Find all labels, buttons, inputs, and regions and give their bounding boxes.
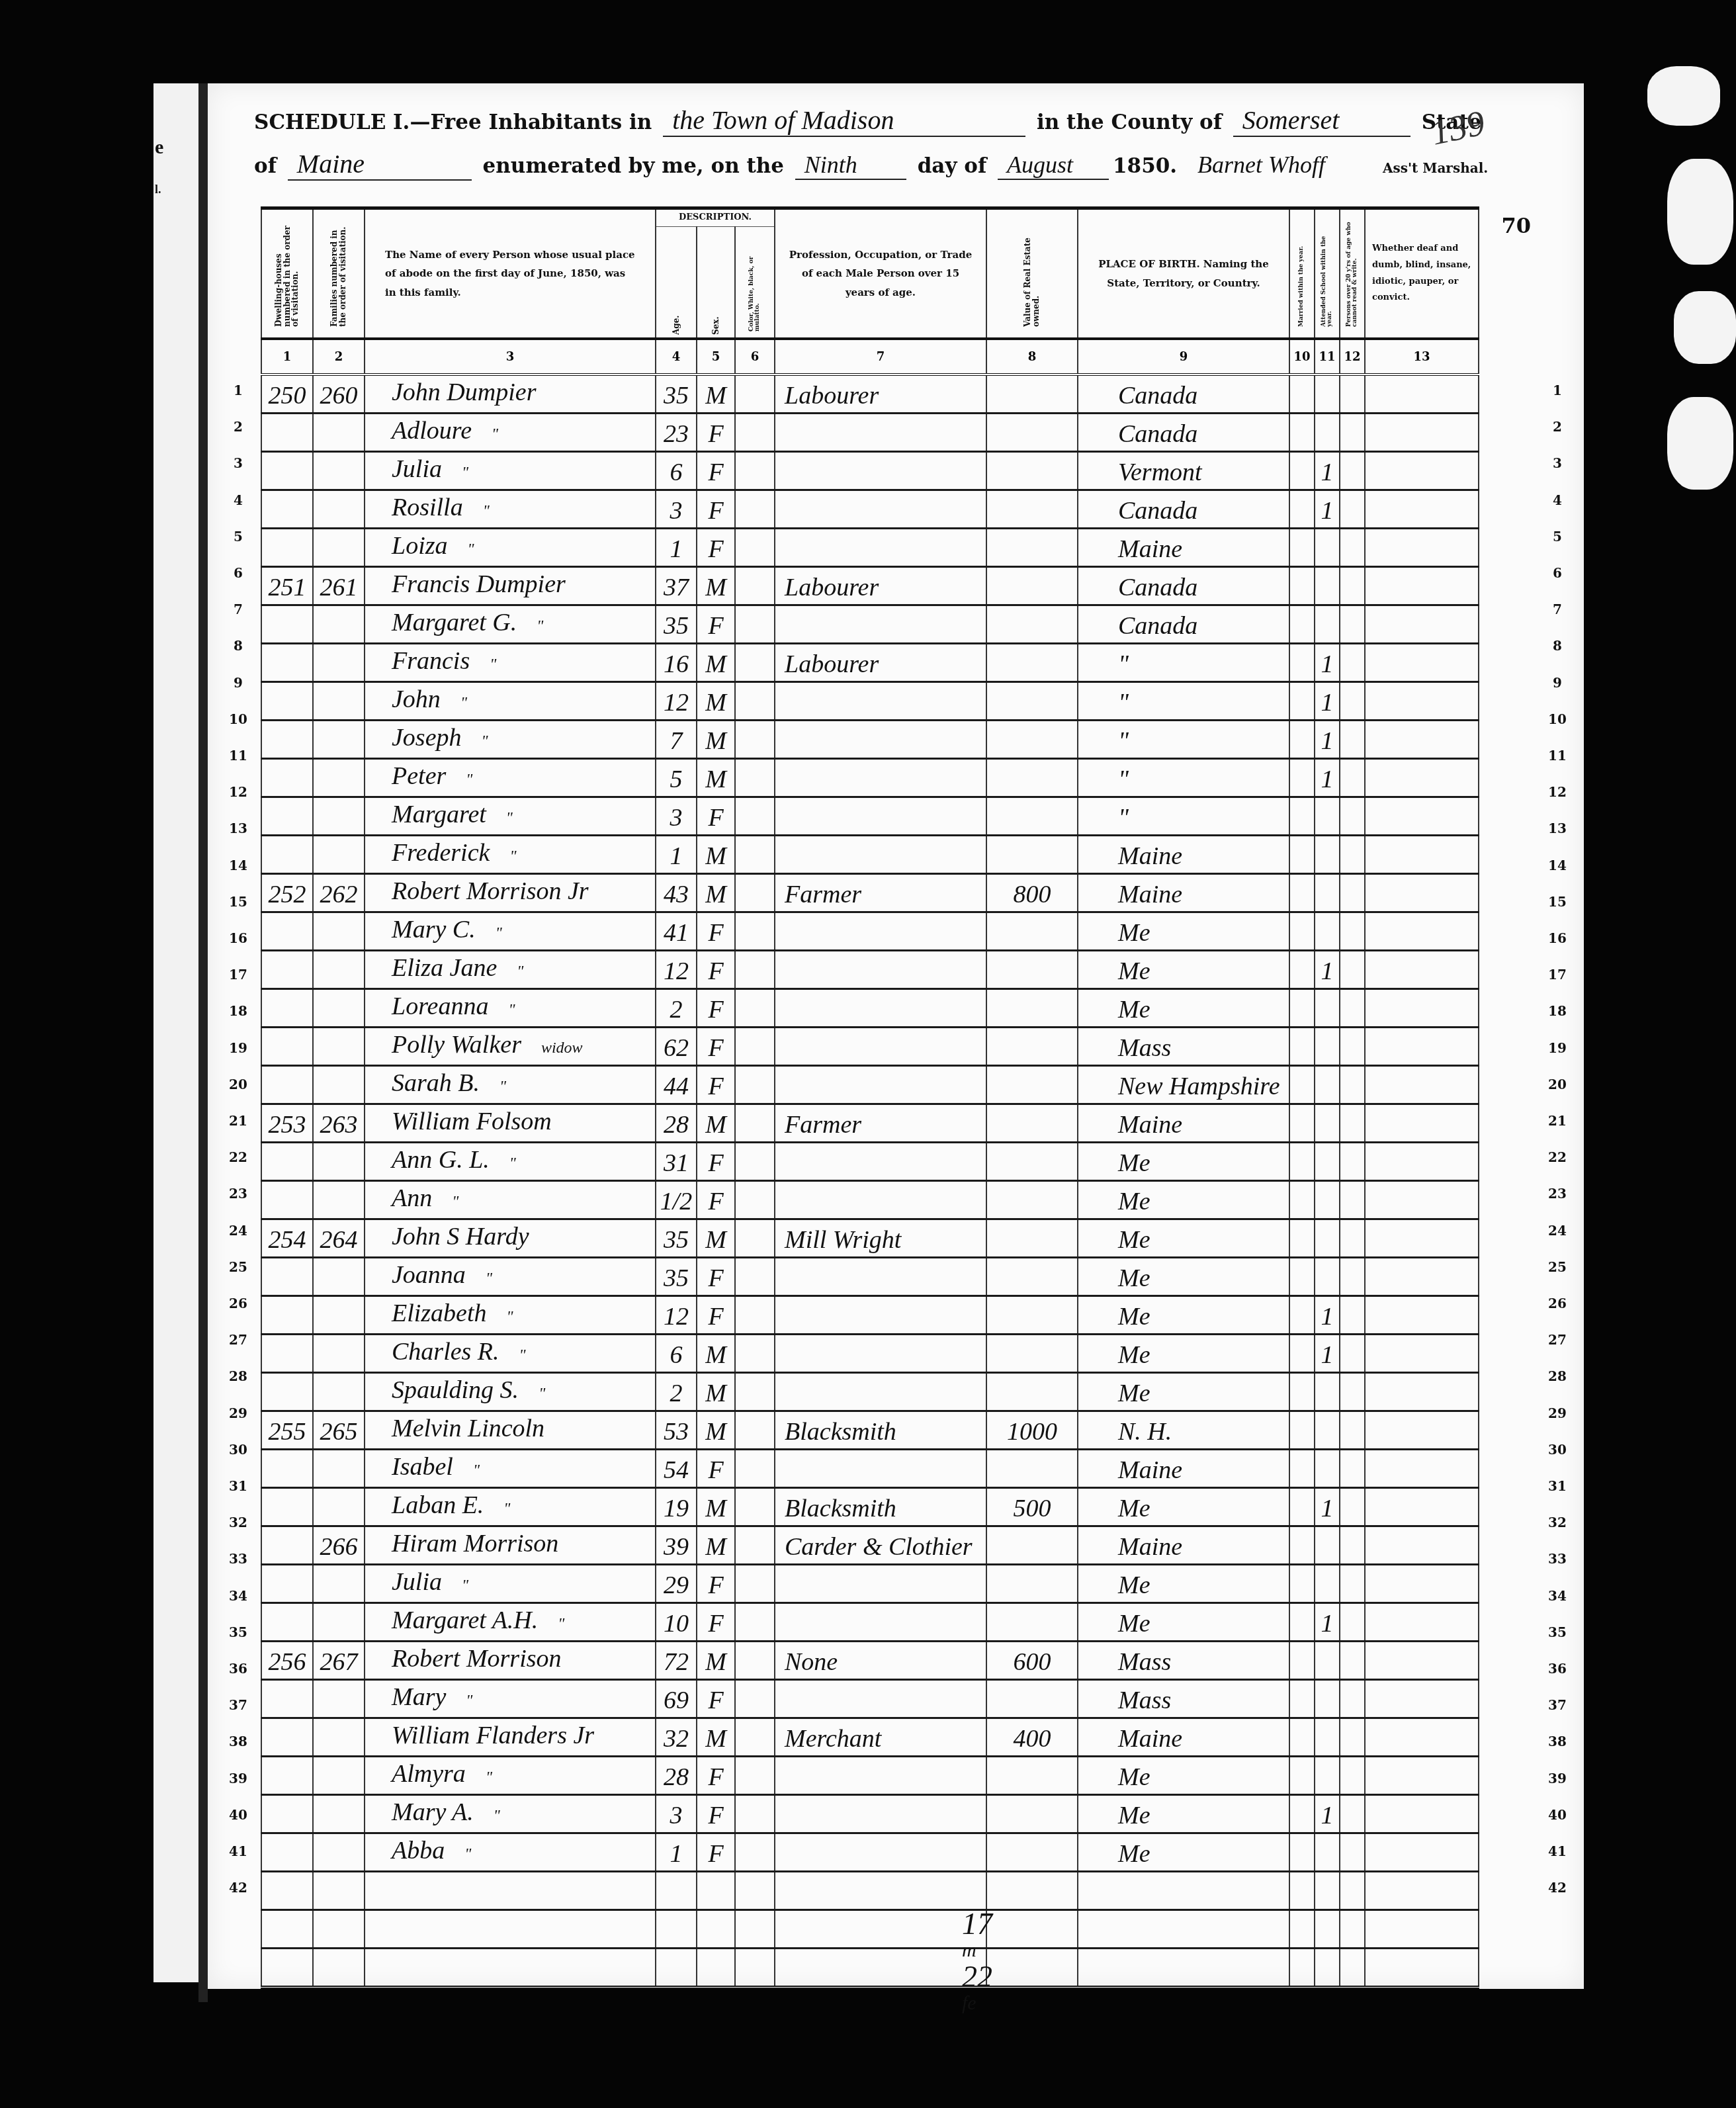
age-cell: 35: [656, 1219, 697, 1258]
birthplace-cell: ": [1078, 797, 1289, 836]
sex-cell: M: [697, 567, 735, 605]
dwelling-number-cell: [261, 1603, 313, 1642]
line-number-left: 14: [218, 857, 258, 873]
age-cell: 35: [656, 374, 697, 414]
person-name-cell: Margaret": [365, 797, 656, 836]
ditto-mark: ": [506, 809, 513, 826]
ditto-mark: ": [483, 502, 490, 519]
marshal-label: Ass't Marshal.: [1383, 160, 1488, 176]
birthplace-cell: ": [1078, 682, 1289, 721]
line-number-left: 15: [218, 894, 258, 910]
married-cell: [1289, 374, 1315, 414]
illiterate-cell: [1340, 1258, 1365, 1296]
ditto-mark: ": [494, 1807, 500, 1824]
age-cell: 37: [656, 567, 697, 605]
occupation-cell: [775, 1028, 986, 1066]
illiterate-cell: [1340, 1718, 1365, 1757]
dwelling-number-cell: [261, 682, 313, 721]
person-name-text: Polly Walker: [392, 1031, 521, 1059]
line-number-right: 28: [1538, 1368, 1577, 1384]
person-name-cell: Robert Morrison Jr: [365, 874, 656, 912]
family-number-cell: 264: [313, 1219, 365, 1258]
attended-school-cell: [1315, 1565, 1340, 1603]
married-cell: [1289, 1219, 1315, 1258]
family-number-cell: 266: [313, 1526, 365, 1565]
person-name-text: John S Hardy: [392, 1223, 529, 1251]
census-rows: 250260John Dumpier35MLabourerCanadaAdlou…: [261, 374, 1479, 1988]
line-number-right: 10: [1538, 711, 1577, 727]
disability-cell: [1365, 490, 1479, 529]
real-estate-value-cell: [986, 989, 1078, 1028]
disability-cell: [1365, 682, 1479, 721]
attended-school-cell: [1315, 836, 1340, 874]
ditto-mark: ": [490, 656, 496, 673]
illiterate-cell: [1340, 1296, 1365, 1335]
line-number-right: 9: [1538, 675, 1577, 691]
illiterate-cell: [1340, 644, 1365, 682]
table-row: Mary A."3FMe1: [261, 1795, 1479, 1833]
male-count: 17: [962, 1911, 992, 1937]
real-estate-value-cell: [986, 1181, 1078, 1219]
real-estate-value-cell: [986, 1526, 1078, 1565]
dwelling-number-cell: [261, 1488, 313, 1526]
sex-cell: M: [697, 1488, 735, 1526]
occupation-cell: [775, 490, 986, 529]
ditto-mark: ": [467, 541, 474, 558]
disability-cell: [1365, 1526, 1479, 1565]
occupation-cell: [775, 1450, 986, 1488]
illiterate-cell: [1340, 1680, 1365, 1718]
line-number-left: 23: [218, 1186, 258, 1202]
dwelling-number-cell: [261, 989, 313, 1028]
birthplace-cell: Me: [1078, 1335, 1289, 1373]
col-header-dwelling: Dwelling-houses numbered in the order of…: [261, 208, 313, 339]
line-number-right: 38: [1538, 1734, 1577, 1749]
dwelling-number-cell: [261, 1565, 313, 1603]
occupation-cell: [775, 1143, 986, 1181]
person-name-text: Abba: [392, 1837, 445, 1865]
table-row: Julia"29FMe: [261, 1565, 1479, 1603]
col-header-age: Age.: [656, 226, 697, 339]
age-cell: 41: [656, 912, 697, 951]
person-name-cell: Mary A.": [365, 1795, 656, 1833]
dwelling-number-cell: [261, 644, 313, 682]
occupation-cell: [775, 1910, 986, 1949]
real-estate-value-cell: [986, 644, 1078, 682]
occupation-cell: [775, 452, 986, 490]
disability-cell: [1365, 1258, 1479, 1296]
sex-cell: M: [697, 1526, 735, 1565]
real-estate-value-cell: 600: [986, 1642, 1078, 1680]
table-row: 255265Melvin Lincoln53MBlacksmith1000N. …: [261, 1411, 1479, 1450]
attended-school-cell: [1315, 1373, 1340, 1411]
line-number-left: 30: [218, 1442, 258, 1458]
married-cell: [1289, 989, 1315, 1028]
person-name-text: Julia: [392, 1568, 442, 1596]
illiterate-cell: [1340, 912, 1365, 951]
age-cell: 54: [656, 1450, 697, 1488]
occupation-cell: [775, 1258, 986, 1296]
attended-school-cell: [1315, 1104, 1340, 1143]
disability-cell: [1365, 1066, 1479, 1104]
occupation-cell: [775, 1680, 986, 1718]
age-cell: 1: [656, 1833, 697, 1872]
illiterate-cell: [1340, 490, 1365, 529]
dwelling-number-cell: 251: [261, 567, 313, 605]
person-name-text: Spaulding S.: [392, 1376, 519, 1404]
illiterate-cell: [1340, 1795, 1365, 1833]
sex-cell: M: [697, 759, 735, 797]
illiterate-cell: [1340, 1143, 1365, 1181]
ditto-mark: ": [486, 1270, 492, 1287]
sex-cell: F: [697, 1565, 735, 1603]
color-cell: [735, 1219, 775, 1258]
person-name-text: Charles R.: [392, 1338, 499, 1366]
family-number-cell: [313, 452, 365, 490]
dwelling-number-cell: [261, 797, 313, 836]
real-estate-value-cell: [986, 1066, 1078, 1104]
ditto-mark: ": [509, 848, 516, 865]
family-number-cell: [313, 951, 365, 989]
line-number-left: 31: [218, 1478, 258, 1494]
color-cell: [735, 1949, 775, 1988]
disability-cell: [1365, 1718, 1479, 1757]
person-name-text: Rosilla: [392, 494, 463, 521]
illiterate-cell: [1340, 836, 1365, 874]
birthplace-cell: New Hampshire: [1078, 1066, 1289, 1104]
line-number-right: 7: [1538, 601, 1577, 617]
line-number-right: 6: [1538, 565, 1577, 581]
disability-cell: [1365, 567, 1479, 605]
dwelling-number-cell: 253: [261, 1104, 313, 1143]
table-row: Loreanna"2FMe: [261, 989, 1479, 1028]
real-estate-value-cell: [986, 567, 1078, 605]
age-cell: 2: [656, 1373, 697, 1411]
occupation-cell: Merchant: [775, 1718, 986, 1757]
age-cell: 6: [656, 452, 697, 490]
real-estate-value-cell: [986, 414, 1078, 452]
line-number-right: 8: [1538, 638, 1577, 654]
line-number-right: 11: [1538, 748, 1577, 764]
family-number-cell: [313, 836, 365, 874]
sex-cell: M: [697, 1104, 735, 1143]
dwelling-number-cell: [261, 759, 313, 797]
line-number-left: 16: [218, 930, 258, 946]
ditto-mark: ": [466, 1692, 472, 1709]
disability-cell: [1365, 1795, 1479, 1833]
family-number-cell: 261: [313, 567, 365, 605]
occupation-cell: [775, 989, 986, 1028]
disability-cell: [1365, 1488, 1479, 1526]
table-row: Charles R."6MMe1: [261, 1335, 1479, 1373]
family-number-cell: [313, 1028, 365, 1066]
attended-school-cell: 1: [1315, 452, 1340, 490]
family-number-cell: [313, 644, 365, 682]
table-row: Francis"16MLabourer"1: [261, 644, 1479, 682]
line-number-right: 40: [1538, 1807, 1577, 1823]
age-cell: [656, 1949, 697, 1988]
married-cell: [1289, 1181, 1315, 1219]
dwelling-number-cell: [261, 1066, 313, 1104]
attended-school-cell: [1315, 1872, 1340, 1910]
occupation-cell: Farmer: [775, 1104, 986, 1143]
occupation-cell: [775, 1795, 986, 1833]
age-cell: 2: [656, 989, 697, 1028]
attended-school-cell: [1315, 1219, 1340, 1258]
attended-school-cell: [1315, 1181, 1340, 1219]
schedule-title: SCHEDULE I.—Free Inhabitants in: [254, 110, 652, 134]
family-number-cell: [313, 1718, 365, 1757]
line-number-left: 21: [218, 1113, 258, 1129]
line-number-left: 27: [218, 1332, 258, 1348]
real-estate-value-cell: [986, 1335, 1078, 1373]
person-name-text: Margaret G.: [392, 609, 517, 637]
attended-school-cell: 1: [1315, 1603, 1340, 1642]
color-cell: [735, 1143, 775, 1181]
age-cell: 35: [656, 1258, 697, 1296]
disability-cell: [1365, 1603, 1479, 1642]
adjacent-page-fragment: [1647, 66, 1720, 126]
color-cell: [735, 721, 775, 759]
color-cell: [735, 1833, 775, 1872]
married-cell: [1289, 529, 1315, 567]
col-header-sex: Sex.: [697, 226, 735, 339]
color-cell: [735, 797, 775, 836]
real-estate-value-cell: [986, 797, 1078, 836]
attended-school-cell: 1: [1315, 1488, 1340, 1526]
age-cell: 35: [656, 605, 697, 644]
person-name-text: Mary A.: [392, 1798, 474, 1826]
table-row: Mary"69FMass: [261, 1680, 1479, 1718]
person-name-text: John: [392, 685, 441, 713]
family-number-cell: [313, 1258, 365, 1296]
family-number-cell: [313, 1066, 365, 1104]
age-cell: 43: [656, 874, 697, 912]
line-number-right: 2: [1538, 419, 1577, 435]
color-cell: [735, 414, 775, 452]
color-cell: [735, 567, 775, 605]
table-row: Margaret A.H."10FMe1: [261, 1603, 1479, 1642]
person-name-text: William Flanders Jr: [392, 1722, 594, 1749]
attended-school-cell: [1315, 1411, 1340, 1450]
birthplace-cell: Me: [1078, 1296, 1289, 1335]
married-cell: [1289, 567, 1315, 605]
family-number-cell: [313, 721, 365, 759]
sex-cell: M: [697, 874, 735, 912]
person-name-cell: Polly Walkerwidow: [365, 1028, 656, 1066]
attended-school-cell: [1315, 414, 1340, 452]
birthplace-cell: Me: [1078, 1373, 1289, 1411]
real-estate-value-cell: [986, 1219, 1078, 1258]
family-number-cell: [313, 1757, 365, 1795]
disability-cell: [1365, 1949, 1479, 1988]
real-estate-value-cell: [986, 759, 1078, 797]
line-number-left: 5: [218, 529, 258, 545]
attended-school-cell: 1: [1315, 1795, 1340, 1833]
married-cell: [1289, 1450, 1315, 1488]
real-estate-value-cell: [986, 951, 1078, 989]
occupation-cell: None: [775, 1642, 986, 1680]
age-cell: 1: [656, 836, 697, 874]
color-cell: [735, 644, 775, 682]
attended-school-cell: [1315, 1833, 1340, 1872]
person-name-cell: Rosilla": [365, 490, 656, 529]
dwelling-number-cell: [261, 1910, 313, 1949]
real-estate-value-cell: [986, 721, 1078, 759]
birthplace-cell: Me: [1078, 951, 1289, 989]
table-row: [261, 1949, 1479, 1988]
occupation-cell: [775, 1373, 986, 1411]
disability-cell: [1365, 414, 1479, 452]
birthplace-cell: ": [1078, 721, 1289, 759]
day-field: Ninth: [795, 151, 906, 180]
family-number-cell: 267: [313, 1642, 365, 1680]
married-cell: [1289, 414, 1315, 452]
attended-school-cell: [1315, 797, 1340, 836]
col-header-occupation: Profession, Occupation, or Trade of each…: [775, 208, 986, 339]
family-number-cell: [313, 1949, 365, 1988]
illiterate-cell: [1340, 1104, 1365, 1143]
attended-school-cell: [1315, 1642, 1340, 1680]
sex-cell: F: [697, 1181, 735, 1219]
table-row: Ann G. L."31FMe: [261, 1143, 1479, 1181]
married-cell: [1289, 1526, 1315, 1565]
dwelling-number-cell: 255: [261, 1411, 313, 1450]
dwelling-number-cell: [261, 1258, 313, 1296]
person-name-cell: Charles R.": [365, 1335, 656, 1373]
married-cell: [1289, 1872, 1315, 1910]
line-number-right: 15: [1538, 894, 1577, 910]
attended-school-cell: [1315, 874, 1340, 912]
dwelling-number-cell: [261, 1872, 313, 1910]
occupation-cell: [775, 1066, 986, 1104]
table-row: 250260John Dumpier35MLabourerCanada: [261, 374, 1479, 414]
attended-school-cell: 1: [1315, 1335, 1340, 1373]
color-cell: [735, 1603, 775, 1642]
birthplace-cell: [1078, 1872, 1289, 1910]
header-line-2: of Maine enumerated by me, on the Ninth …: [254, 148, 1488, 181]
illiterate-cell: [1340, 452, 1365, 490]
dwelling-number-cell: [261, 1181, 313, 1219]
line-number-left: 2: [218, 419, 258, 435]
married-cell: [1289, 452, 1315, 490]
ditto-mark: ": [492, 425, 498, 443]
dwelling-number-cell: [261, 1450, 313, 1488]
line-number-right: 41: [1538, 1843, 1577, 1859]
sex-cell: M: [697, 1373, 735, 1411]
table-row: 251261Francis Dumpier37MLabourerCanada: [261, 567, 1479, 605]
illiterate-cell: [1340, 682, 1365, 721]
table-row: Loiza"1FMaine: [261, 529, 1479, 567]
disability-cell: [1365, 989, 1479, 1028]
age-cell: [656, 1910, 697, 1949]
married-cell: [1289, 721, 1315, 759]
ditto-mark: ": [462, 464, 468, 481]
line-number-right: 24: [1538, 1223, 1577, 1239]
illiterate-cell: [1340, 1219, 1365, 1258]
birthplace-cell: Maine: [1078, 529, 1289, 567]
occupation-cell: [775, 1565, 986, 1603]
age-cell: 6: [656, 1335, 697, 1373]
sex-cell: [697, 1949, 735, 1988]
illiterate-cell: [1340, 605, 1365, 644]
person-name-text: Loiza: [392, 532, 447, 560]
table-row: Abba"1FMe: [261, 1833, 1479, 1872]
line-number-left: 11: [218, 748, 258, 764]
illiterate-cell: [1340, 797, 1365, 836]
age-cell: 32: [656, 1718, 697, 1757]
person-name-cell: Francis": [365, 644, 656, 682]
line-number-left: 34: [218, 1588, 258, 1604]
disability-cell: [1365, 797, 1479, 836]
age-cell: 12: [656, 951, 697, 989]
age-cell: 3: [656, 490, 697, 529]
married-cell: [1289, 1258, 1315, 1296]
dwelling-number-cell: [261, 1757, 313, 1795]
ditto-mark: ": [466, 771, 472, 788]
birthplace-cell: Vermont: [1078, 452, 1289, 490]
occupation-cell: Labourer: [775, 567, 986, 605]
real-estate-value-cell: [986, 374, 1078, 414]
line-number-right: 37: [1538, 1697, 1577, 1713]
person-name-cell: Loiza": [365, 529, 656, 567]
disability-cell: [1365, 605, 1479, 644]
sex-cell: F: [697, 797, 735, 836]
line-number-right: 35: [1538, 1624, 1577, 1640]
birthplace-cell: Me: [1078, 1757, 1289, 1795]
married-cell: [1289, 1066, 1315, 1104]
line-number-right: 36: [1538, 1661, 1577, 1677]
col-header-school: Attended School within the year.: [1315, 208, 1340, 339]
col-header-family: Families numbered in the order of visita…: [313, 208, 365, 339]
family-number-cell: 262: [313, 874, 365, 912]
family-number-cell: [313, 529, 365, 567]
person-name-text: Robert Morrison: [392, 1645, 562, 1673]
attended-school-cell: [1315, 1757, 1340, 1795]
illiterate-cell: [1340, 1028, 1365, 1066]
dwelling-number-cell: [261, 1296, 313, 1335]
person-name-cell: Eliza Jane": [365, 951, 656, 989]
person-name-text: Margaret: [392, 801, 486, 828]
disability-cell: [1365, 1872, 1479, 1910]
occupation-cell: [775, 951, 986, 989]
illiterate-cell: [1340, 1488, 1365, 1526]
age-cell: 23: [656, 414, 697, 452]
real-estate-value-cell: [986, 1296, 1078, 1335]
color-cell: [735, 1526, 775, 1565]
attended-school-cell: [1315, 989, 1340, 1028]
ditto-mark: ": [496, 924, 502, 942]
age-cell: 19: [656, 1488, 697, 1526]
disability-cell: [1365, 1642, 1479, 1680]
person-name-cell: Laban E.": [365, 1488, 656, 1526]
person-name-cell: Isabel": [365, 1450, 656, 1488]
disability-cell: [1365, 1450, 1479, 1488]
color-cell: [735, 605, 775, 644]
line-number-right: 39: [1538, 1771, 1577, 1786]
table-row: Joanna"35FMe: [261, 1258, 1479, 1296]
line-number-left: 19: [218, 1040, 258, 1056]
family-number-cell: 260: [313, 374, 365, 414]
person-name-text: Adloure: [392, 417, 472, 445]
age-cell: 53: [656, 1411, 697, 1450]
color-cell: [735, 1335, 775, 1373]
line-number-left: 7: [218, 601, 258, 617]
line-number-left: 18: [218, 1003, 258, 1019]
line-number-left: 3: [218, 455, 258, 471]
attended-school-cell: 1: [1315, 644, 1340, 682]
enumerated-label: enumerated by me, on the: [483, 154, 784, 178]
